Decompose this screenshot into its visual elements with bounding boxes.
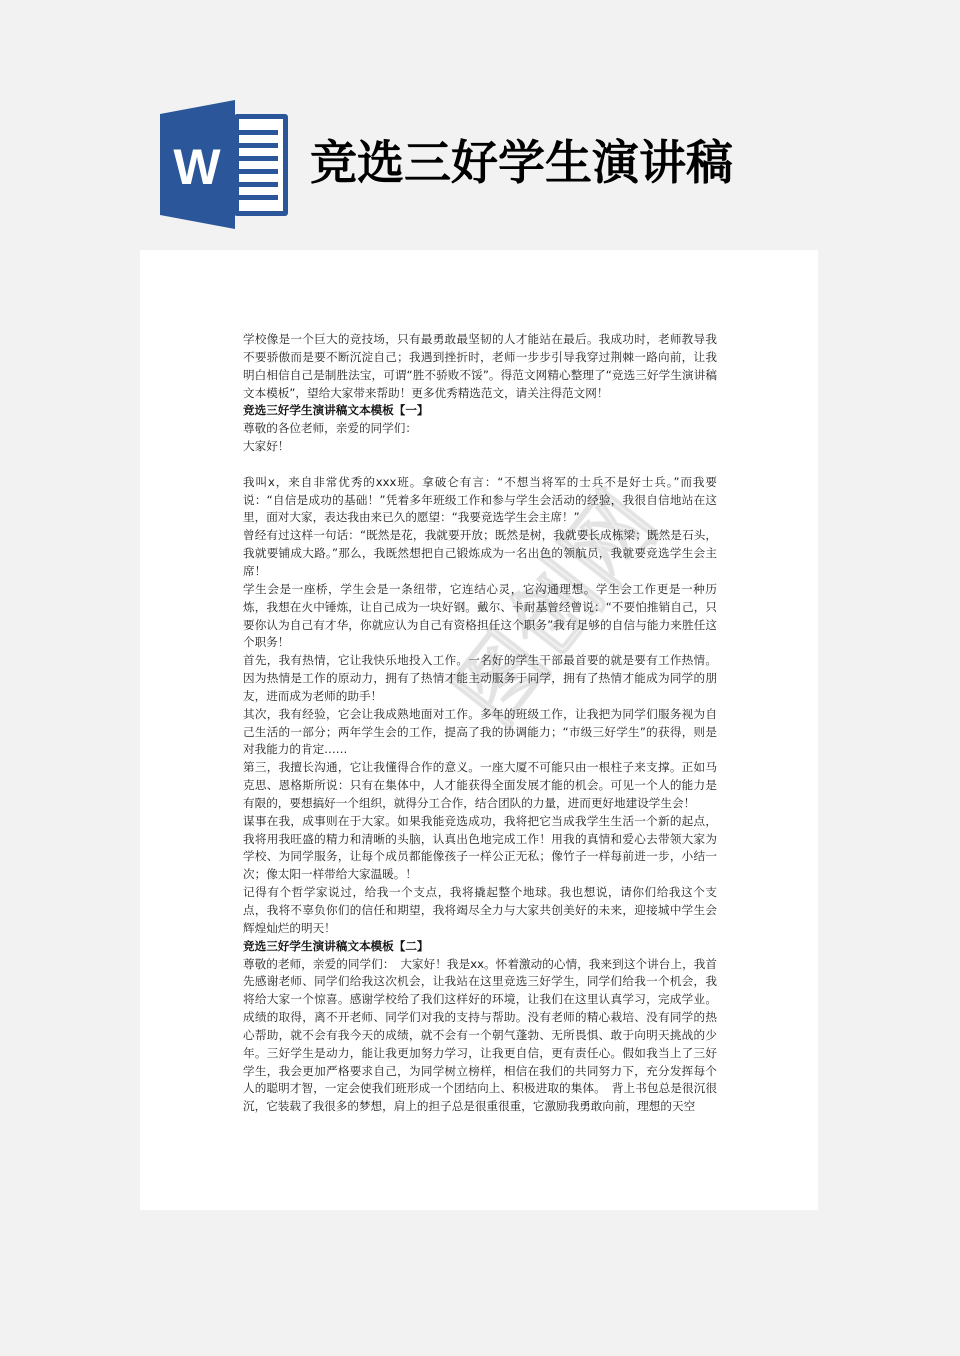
body-paragraph: 首先，我有热情，它让我快乐地投入工作。一名好的学生干部最首要的就是要有工作热情。… bbox=[243, 652, 717, 706]
document-title: 竞选三好学生演讲稿 bbox=[310, 136, 733, 192]
word-document-icon: W bbox=[160, 100, 290, 229]
intro-paragraph: 学校像是一个巨大的竞技场，只有最勇敢最坚韧的人才能站在最后。我成功时，老师教导我… bbox=[243, 331, 717, 402]
body-paragraph: 其次，我有经验，它会让我成熟地面对工作。多年的班级工作，让我把为同学们服务视为自… bbox=[243, 706, 717, 760]
body-paragraph: 我叫x，来自非常优秀的xxx班。拿破仑有言：“不想当将军的士兵不是好士兵。”而我… bbox=[243, 474, 717, 528]
body-paragraph: 记得有个哲学家说过，给我一个支点，我将撬起整个地球。我也想说，请你们给我这个支点… bbox=[243, 884, 717, 938]
blank-line bbox=[243, 456, 717, 474]
document-page: 图创网 学校像是一个巨大的竞技场，只有最勇敢最坚韧的人才能站在最后。我成功时，老… bbox=[140, 250, 818, 1210]
document-header: W 竞选三好学生演讲稿 bbox=[160, 100, 800, 230]
salutation: 尊敬的各位老师，亲爱的同学们： bbox=[243, 420, 717, 438]
document-body: 学校像是一个巨大的竞技场，只有最勇敢最坚韧的人才能站在最后。我成功时，老师教导我… bbox=[243, 331, 717, 1116]
greeting: 大家好！ bbox=[243, 438, 717, 456]
body-paragraph: 谋事在我，成事则在于大家。如果我能竞选成功，我将把它当成我学生生活一个新的起点，… bbox=[243, 813, 717, 884]
section-heading-2: 竞选三好学生演讲稿文本模板【二】 bbox=[243, 938, 717, 956]
body-paragraph: 学生会是一座桥，学生会是一条纽带，它连结心灵，它沟通理想。学生会工作更是一种历炼… bbox=[243, 581, 717, 652]
svg-text:W: W bbox=[173, 139, 221, 195]
body-paragraph: 第三，我擅长沟通，它让我懂得合作的意义。一座大厦不可能只由一根柱子来支撑。正如马… bbox=[243, 759, 717, 813]
body-paragraph: 尊敬的老师，亲爱的同学们： 大家好！我是xx。怀着激动的心情，我来到这个讲台上，… bbox=[243, 956, 717, 1117]
section-heading-1: 竞选三好学生演讲稿文本模板【一】 bbox=[243, 402, 717, 420]
body-paragraph: 曾经有过这样一句话：“既然是花，我就要开放；既然是树，我就要长成栋梁；既然是石头… bbox=[243, 527, 717, 581]
